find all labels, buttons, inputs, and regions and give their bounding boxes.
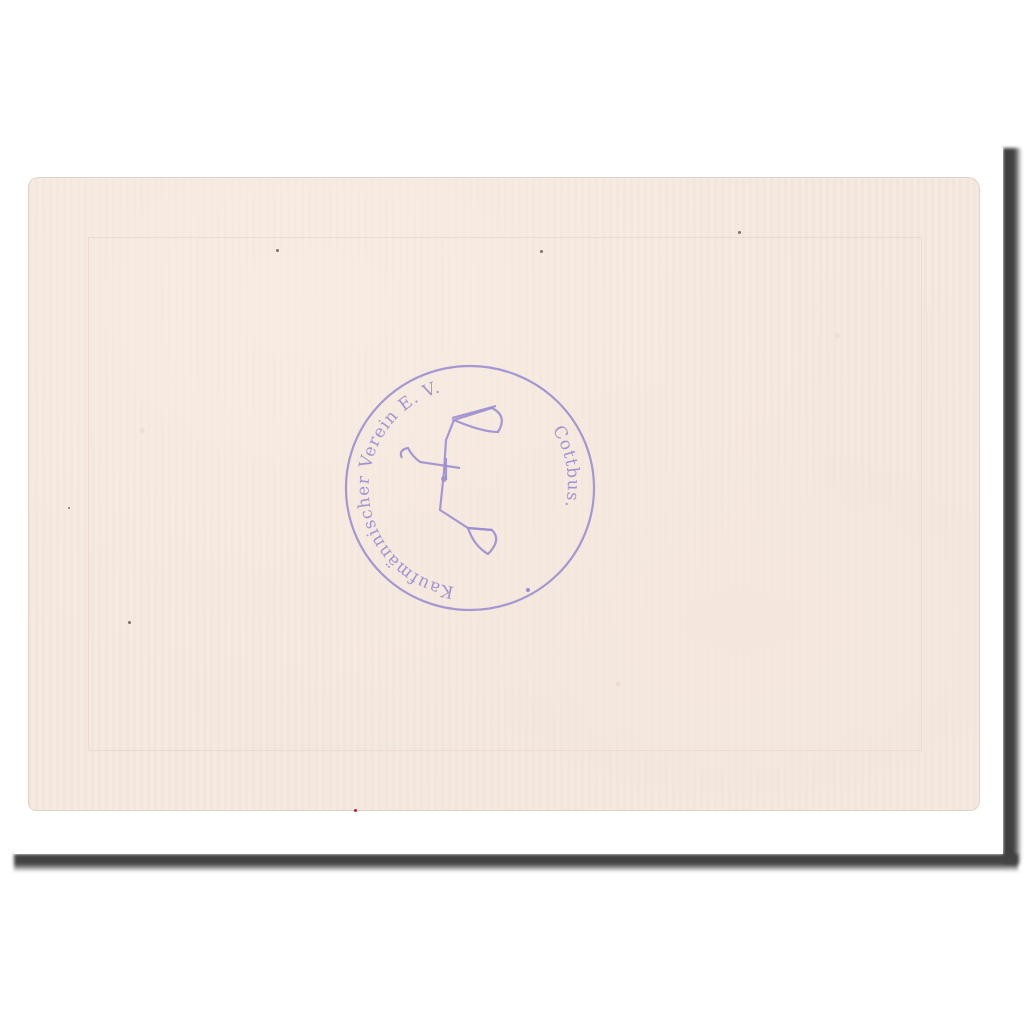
- paper-speck: [276, 249, 279, 252]
- scale-caduceus-emblem-icon: [401, 406, 502, 554]
- paper-speck: [738, 231, 741, 234]
- stamp-outer-ring: [346, 366, 594, 610]
- stamp-city-text: Cottbus.: [548, 422, 583, 510]
- paper-speck: [540, 250, 543, 253]
- stamp-dot: [526, 588, 530, 592]
- drop-shadow-right: [1003, 148, 1022, 864]
- circular-stamp: Kaufmännischer Verein E. V. Cottbus.: [342, 360, 598, 616]
- drop-shadow-bottom: [14, 854, 1018, 872]
- stamp-upper-text: Kaufmännischer Verein E. V.: [354, 377, 456, 601]
- paper-speck: [128, 621, 131, 624]
- paper-speck: [68, 507, 70, 509]
- stamp-svg: Kaufmännischer Verein E. V. Cottbus.: [342, 360, 598, 616]
- red-fiber-speck: [354, 809, 357, 812]
